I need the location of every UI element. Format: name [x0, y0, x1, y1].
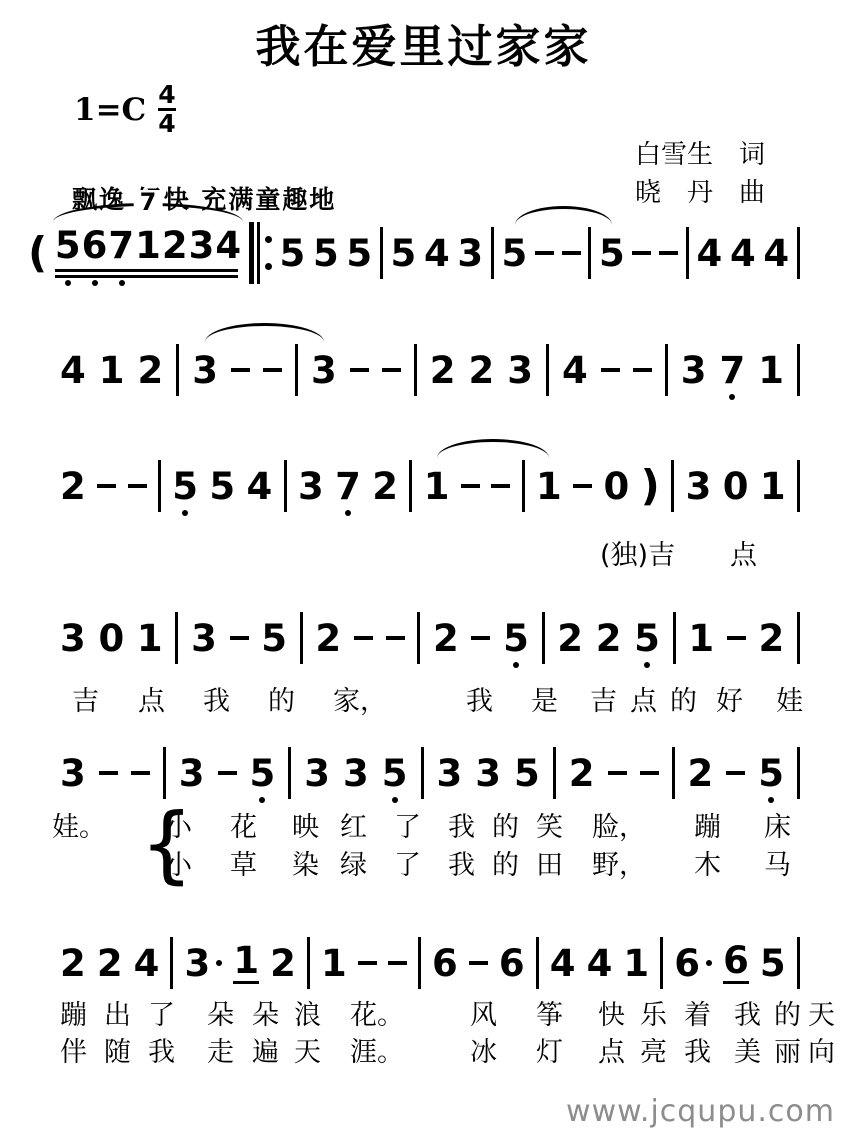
low-octave-dot [392, 797, 398, 803]
note: 4 [730, 235, 756, 272]
note-row: 412332234371 [60, 343, 800, 397]
note: 3 [343, 755, 369, 792]
lyric-word: 快 [598, 1000, 625, 1031]
tuplet-number: 7 [134, 190, 163, 214]
dash-bar [97, 484, 116, 488]
barline [553, 747, 556, 799]
lyric-word: 蹦 [694, 812, 721, 843]
barline [163, 747, 166, 799]
note: 5 [55, 227, 81, 264]
note: 1 [321, 945, 347, 982]
duration-dash [471, 620, 490, 657]
lyric-word: 我 [684, 1037, 711, 1068]
note: 2 [433, 620, 459, 657]
lyric-word: 的 [268, 686, 295, 717]
lyric-word: 亮 [640, 1037, 667, 1068]
dash-bar [562, 251, 581, 255]
barline [797, 937, 800, 989]
repeat-dots [265, 236, 272, 270]
barline [672, 747, 675, 799]
lyric-word: 娃 [776, 686, 803, 717]
duration-dash [727, 620, 746, 657]
low-octave-dot [768, 797, 774, 803]
lyric-word: 涯。 [350, 1037, 404, 1068]
note-row: (5671234755554355444 [28, 226, 800, 280]
lyricist-credit: 白雪生 词 [635, 136, 765, 174]
lyric-word: 伴 [60, 1037, 87, 1068]
duration-dash [358, 945, 377, 982]
dash-bar [640, 771, 659, 775]
barline [418, 937, 421, 989]
barline [671, 460, 674, 512]
barline [797, 747, 800, 799]
lyric-word: 床 [764, 812, 791, 843]
dash-bar [601, 368, 620, 372]
begin-repeat-sign [249, 222, 272, 284]
lyric-word: 风 [470, 1000, 497, 1031]
repeat-thin-bar [257, 222, 260, 284]
repeat-dot [265, 236, 272, 243]
duration-dash [573, 468, 592, 505]
lyric-word: 丽 [774, 1037, 801, 1068]
dash-bar [386, 636, 405, 640]
dash-bar [382, 368, 401, 372]
dash-bar [535, 251, 554, 255]
note: 5 [758, 755, 784, 792]
note: 4 [134, 945, 160, 982]
duration-dash [131, 755, 150, 792]
note: 3 [311, 352, 337, 389]
lyric-word: 美 [734, 1037, 761, 1068]
note: 2 [162, 227, 188, 264]
duration-dash [263, 352, 282, 389]
beam-line [55, 269, 238, 272]
lyric-word: 筝 [536, 1000, 563, 1031]
lyric-word: 随 [104, 1037, 131, 1068]
barline [288, 747, 291, 799]
barline [491, 227, 494, 279]
note: 1 [99, 352, 125, 389]
note: 3 [475, 755, 501, 792]
dash-bar [608, 771, 627, 775]
note: 2 [557, 620, 583, 657]
note: 6 [723, 942, 749, 984]
dash-bar [263, 368, 282, 372]
lyric-word: 染 [292, 850, 319, 881]
dash-bar [218, 771, 237, 775]
lyric-word: 我 [448, 812, 475, 843]
lyric-word: 娃。 [52, 812, 106, 843]
duration-dash [562, 235, 581, 272]
dash-bar [633, 368, 652, 372]
low-octave-dot [119, 280, 125, 286]
lyric-word: 脸， [592, 812, 646, 843]
duration-dash [632, 235, 651, 272]
note: 6 [674, 945, 700, 982]
duration-dash [535, 235, 554, 272]
barline [284, 460, 287, 512]
time-signature-numerator: 4 [158, 82, 175, 108]
barline [686, 227, 689, 279]
lyric-word: 马 [764, 850, 791, 881]
note: 5 [760, 945, 786, 982]
note-row: 3013522522512 [60, 611, 800, 665]
duration-dash [659, 235, 678, 272]
dash-bar [350, 368, 369, 372]
lyric-word: 我 [734, 1000, 761, 1031]
low-octave-dot [259, 797, 265, 803]
note: 3 [185, 945, 211, 982]
lyric-word: 我 [148, 1037, 175, 1068]
lyric-word: 笑 [536, 812, 563, 843]
note: 2 [372, 468, 398, 505]
low-octave-dot [65, 280, 71, 286]
sheet-music-page: 我在爱里过家家 1=C 4 4 白雪生 词 晓 丹 曲 飘逸 轻快 充满童趣地 … [0, 0, 847, 1135]
note: 3 [179, 755, 205, 792]
tie-arc [205, 323, 324, 342]
barline [665, 344, 668, 396]
lyric-word: 映 [292, 812, 319, 843]
lyric-word: 了 [148, 1000, 175, 1031]
lyric-word: 绿 [340, 850, 367, 881]
note: 6 [499, 945, 525, 982]
note: 4 [247, 468, 273, 505]
lyric-word: 我 [203, 686, 230, 717]
note-row: 335335335225 [60, 746, 800, 800]
lyric-word: 田 [536, 850, 563, 881]
lyric-word: 遍 [252, 1037, 279, 1068]
lyric-word: 红 [340, 812, 367, 843]
note: 1 [758, 352, 784, 389]
time-signature: 4 4 [158, 82, 175, 138]
note: 1 [135, 227, 161, 264]
note: 4 [587, 945, 613, 982]
lyric-word: 的 [492, 850, 519, 881]
lyric-row: 小草染绿了我的田野，木马 [0, 850, 847, 882]
dash-bar [471, 636, 490, 640]
barline [295, 344, 298, 396]
dash-bar [727, 636, 746, 640]
barline [300, 612, 303, 664]
lyric-word: 好 [716, 686, 743, 717]
note: 2 [596, 620, 622, 657]
lyric-word: 着 [684, 1000, 711, 1031]
lyric-row: 吉点我的家，我是吉点的好娃 [0, 686, 847, 718]
note: 1 [623, 945, 649, 982]
lyric-word: 是 [531, 686, 558, 717]
tie-arc [437, 439, 549, 458]
duration-dash [218, 755, 237, 792]
note: 5 [634, 620, 660, 657]
repeat-dot [265, 263, 272, 270]
low-octave-dot [182, 510, 188, 516]
low-octave-dot [729, 394, 735, 400]
note: 1 [137, 620, 163, 657]
note: 5 [313, 235, 339, 272]
watermark: www.jcqupu.com [566, 1094, 835, 1129]
note: 3 [304, 755, 330, 792]
duration-dash [633, 352, 652, 389]
lyric-word: 的 [670, 686, 697, 717]
lyric-word: 木 [694, 850, 721, 881]
lyric-word: 出 [104, 1000, 131, 1031]
dash-bar [573, 484, 592, 488]
dash-bar [230, 636, 249, 640]
note: 4 [550, 945, 576, 982]
duration-dash [461, 468, 480, 505]
lyric-word: 吉 [590, 686, 617, 717]
note: 4 [763, 235, 789, 272]
dash-bar [461, 484, 480, 488]
note: 4 [562, 352, 588, 389]
note: 4 [215, 227, 241, 264]
note: 5 [514, 755, 540, 792]
note: 2 [569, 755, 595, 792]
lyric-word: 点 [630, 686, 657, 717]
duration-dash [354, 620, 373, 657]
duration-dash [128, 468, 147, 505]
barline [414, 344, 417, 396]
key-signature: 1=C 4 4 [74, 82, 176, 138]
lyric-word: 乐 [640, 1000, 667, 1031]
lyric-word: 的 [492, 812, 519, 843]
note: 5 [502, 235, 528, 272]
barline [546, 344, 549, 396]
note-row: 224312166441665 [60, 936, 800, 990]
barline [170, 937, 173, 989]
time-signature-denominator: 4 [158, 108, 175, 137]
augmentation-dot [216, 960, 222, 966]
music-line: 2554372110)301 [60, 459, 800, 513]
barline [797, 227, 800, 279]
lyric-word: 我 [466, 686, 493, 717]
dash-bar [469, 961, 488, 965]
lyric-word: 天 [808, 1000, 835, 1031]
low-octave-dot [345, 510, 351, 516]
note: 1 [760, 468, 786, 505]
note: 2 [270, 945, 296, 982]
note: 3 [191, 620, 217, 657]
lyric-word: 冰 [470, 1037, 497, 1068]
note: 7 [108, 227, 134, 264]
barline [307, 937, 310, 989]
tie-arc [515, 206, 612, 225]
dash-bar [659, 251, 678, 255]
lyric-word: 朵 [207, 1000, 234, 1031]
duration-dash [97, 468, 116, 505]
music-line: 335335335225 [60, 746, 800, 800]
barline [175, 612, 178, 664]
note: 5 [209, 468, 235, 505]
lyric-brace: { [140, 802, 193, 886]
note: 3 [681, 352, 707, 389]
lyric-word: 天 [294, 1037, 321, 1068]
barline [417, 612, 420, 664]
note: 2 [430, 352, 456, 389]
beam-line [55, 275, 238, 278]
note: 3 [60, 620, 86, 657]
parenthesis: ) [641, 465, 660, 507]
lyric-word: 野， [592, 850, 646, 881]
lyric-word: 点 [138, 686, 165, 717]
dash-bar [231, 368, 250, 372]
duration-dash [230, 620, 249, 657]
low-octave-dot [644, 662, 650, 668]
song-title: 我在爱里过家家 [0, 10, 847, 75]
note: 2 [97, 945, 123, 982]
note: 5 [280, 235, 306, 272]
note: 5 [599, 235, 625, 272]
low-octave-dot [92, 280, 98, 286]
barline [797, 344, 800, 396]
low-octave-dot [513, 662, 519, 668]
barline [158, 460, 161, 512]
note: 3 [60, 755, 86, 792]
duration-dash [608, 755, 627, 792]
dash-bar [726, 771, 745, 775]
note: 5 [261, 620, 287, 657]
key-tonic: 1=C [74, 92, 146, 128]
dash-bar [388, 961, 407, 965]
note: 5 [382, 755, 408, 792]
music-line: (5671234755554355444 [28, 226, 800, 280]
note: 2 [60, 468, 86, 505]
barline [588, 227, 591, 279]
note: 2 [138, 352, 164, 389]
lyric-word: 朵 [252, 1000, 279, 1031]
repeat-thick-bar [249, 222, 254, 284]
music-line: 3013522522512 [60, 611, 800, 665]
note: 1 [424, 468, 450, 505]
note: 2 [60, 945, 86, 982]
note: 0 [723, 468, 749, 505]
lyric-word: 家， [333, 686, 387, 717]
note: 4 [424, 235, 450, 272]
barline [421, 747, 424, 799]
duration-dash [386, 620, 405, 657]
barline [660, 937, 663, 989]
note: 4 [60, 352, 86, 389]
duration-dash [601, 352, 620, 389]
dash-bar [354, 636, 373, 640]
note: 3 [189, 227, 215, 264]
lyric-row: (独)吉点 [0, 540, 847, 572]
duration-dash [640, 755, 659, 792]
lyric-row: 伴随我走遍天涯。冰灯点亮我美丽向 [0, 1037, 847, 1069]
lyric-word: 蹦 [60, 1000, 87, 1031]
note: 3 [507, 352, 533, 389]
note: 5 [391, 235, 417, 272]
note: 5 [250, 755, 276, 792]
barline [176, 344, 179, 396]
lyric-word: 我 [448, 850, 475, 881]
lyric-word: (独)吉 [600, 540, 675, 571]
note: 2 [315, 620, 341, 657]
music-line: 412332234371 [60, 343, 800, 397]
dash-bar [128, 484, 147, 488]
note: 7 [335, 468, 361, 505]
barline [522, 460, 525, 512]
duration-dash [469, 945, 488, 982]
lyric-word: 点 [730, 540, 757, 571]
dash-bar [99, 771, 118, 775]
duration-dash [231, 352, 250, 389]
note: 0 [604, 468, 630, 505]
duration-dash [726, 755, 745, 792]
note: 3 [437, 755, 463, 792]
dash-bar [131, 771, 150, 775]
duration-dash [491, 468, 510, 505]
note: 5 [346, 235, 372, 272]
note: 3 [457, 235, 483, 272]
barline [542, 612, 545, 664]
duration-dash [388, 945, 407, 982]
barline [797, 612, 800, 664]
duration-dash [350, 352, 369, 389]
note: 2 [758, 620, 784, 657]
note: 7 [720, 352, 746, 389]
lyric-word: 向 [808, 1037, 835, 1068]
note: 6 [82, 227, 108, 264]
note: 1 [688, 620, 714, 657]
composer-credit: 晓 丹 曲 [635, 174, 765, 212]
lyric-word: 走 [207, 1037, 234, 1068]
duration-dash [382, 352, 401, 389]
note: 1 [233, 942, 259, 984]
note: 5 [172, 468, 198, 505]
note-row: 2554372110)301 [60, 459, 800, 513]
augmentation-dot [706, 960, 712, 966]
lyric-word: 花 [230, 812, 257, 843]
note: 0 [98, 620, 124, 657]
dash-bar [491, 484, 510, 488]
note: 3 [686, 468, 712, 505]
lyric-row: 娃。小花映红了我的笑脸，蹦床 [0, 812, 847, 844]
duration-dash [99, 755, 118, 792]
lyric-word: 草 [230, 850, 257, 881]
note: 1 [536, 468, 562, 505]
lyric-word: 点 [598, 1037, 625, 1068]
lyric-word: 的 [774, 1000, 801, 1031]
beamed-note-group: 56712347 [55, 227, 241, 280]
note: 4 [697, 235, 723, 272]
note: 3 [298, 468, 324, 505]
barline [409, 460, 412, 512]
note: 6 [432, 945, 458, 982]
dash-bar [358, 961, 377, 965]
note: 3 [192, 352, 218, 389]
lyric-word: 吉 [72, 686, 99, 717]
lyric-word: 浪 [294, 1000, 321, 1031]
credits: 白雪生 词 晓 丹 曲 [635, 136, 765, 212]
lyric-word: 了 [394, 812, 421, 843]
note: 2 [688, 755, 714, 792]
note: 2 [469, 352, 495, 389]
parenthesis: ( [28, 232, 47, 274]
lyric-row: 蹦出了朵朵浪花。风筝快乐着我的天 [0, 1000, 847, 1032]
barline [673, 612, 676, 664]
note: 5 [503, 620, 529, 657]
lyric-word: 了 [394, 850, 421, 881]
dash-bar [632, 251, 651, 255]
barline [797, 460, 800, 512]
music-line: 224312166441665 [60, 936, 800, 990]
lyric-word: 花。 [350, 1000, 404, 1031]
barline [380, 227, 383, 279]
lyric-word: 灯 [536, 1037, 563, 1068]
barline [536, 937, 539, 989]
